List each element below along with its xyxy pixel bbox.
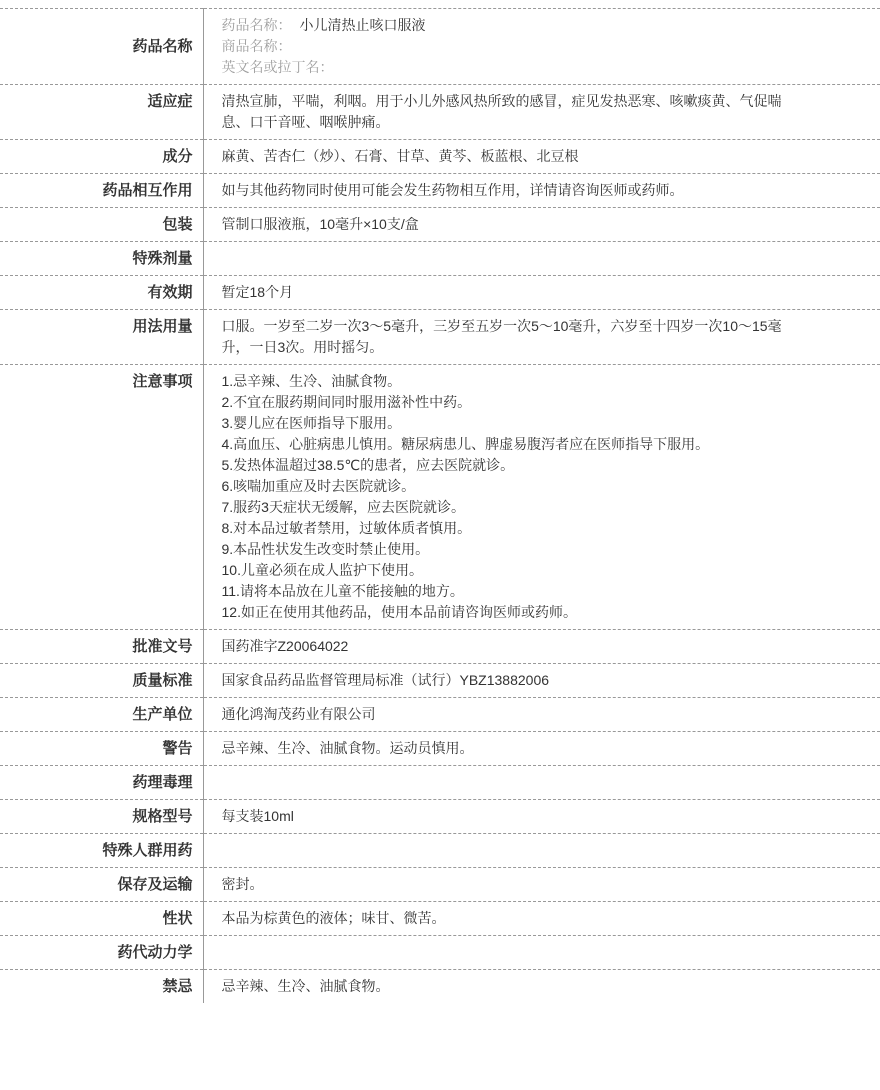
row-value: 国家食品药品监督管理局标准（试行）YBZ13882006: [203, 664, 880, 698]
table-row: 药代动力学: [0, 936, 880, 970]
note-line: 11.请将本品放在儿童不能接触的地方。: [222, 581, 791, 602]
row-value: [203, 242, 880, 276]
drug-name-line: 商品名称：: [222, 36, 791, 57]
row-label: 批准文号: [0, 630, 203, 664]
table-row: 批准文号国药准字Z20064022: [0, 630, 880, 664]
row-value: 通化鸿淘茂药业有限公司: [203, 698, 880, 732]
row-label: 药品名称: [0, 9, 203, 85]
row-label: 有效期: [0, 276, 203, 310]
row-value: 每支装10ml: [203, 800, 880, 834]
row-value: 清热宣肺，平喘，利咽。用于小儿外感风热所致的感冒，症见发热恶寒、咳嗽痰黄、气促喘…: [203, 85, 880, 140]
field-value: 小儿清热止咳口服液: [300, 17, 426, 33]
table-row: 生产单位通化鸿淘茂药业有限公司: [0, 698, 880, 732]
row-label: 适应症: [0, 85, 203, 140]
row-label: 特殊剂量: [0, 242, 203, 276]
note-line: 5.发热体温超过38.5℃的患者，应去医院就诊。: [222, 455, 791, 476]
row-value: [203, 834, 880, 868]
row-label: 药品相互作用: [0, 174, 203, 208]
field-key: 英文名或拉丁名：: [222, 59, 334, 75]
row-label: 药代动力学: [0, 936, 203, 970]
row-value: 管制口服液瓶，10毫升×10支/盒: [203, 208, 880, 242]
drug-name-line: 药品名称：小儿清热止咳口服液: [222, 15, 791, 36]
field-key: 商品名称：: [222, 38, 292, 54]
row-label: 特殊人群用药: [0, 834, 203, 868]
field-key: 药品名称：: [222, 17, 292, 33]
row-label: 禁忌: [0, 970, 203, 1004]
row-value: [203, 766, 880, 800]
table-row: 成分麻黄、苦杏仁（炒）、石膏、甘草、黄芩、板蓝根、北豆根: [0, 140, 880, 174]
row-value: 暂定18个月: [203, 276, 880, 310]
row-label: 注意事项: [0, 365, 203, 630]
note-line: 8.对本品过敏者禁用，过敏体质者慎用。: [222, 518, 791, 539]
row-value: 麻黄、苦杏仁（炒）、石膏、甘草、黄芩、板蓝根、北豆根: [203, 140, 880, 174]
note-line: 12.如正在使用其他药品，使用本品前请咨询医师或药师。: [222, 602, 791, 623]
table-row: 特殊剂量: [0, 242, 880, 276]
row-value: 忌辛辣、生冷、油腻食物。运动员慎用。: [203, 732, 880, 766]
row-value: 密封。: [203, 868, 880, 902]
row-label: 规格型号: [0, 800, 203, 834]
table-row: 性状本品为棕黄色的液体；味甘、微苦。: [0, 902, 880, 936]
row-value: 1.忌辛辣、生冷、油腻食物。2.不宜在服药期间同时服用滋补性中药。3.婴儿应在医…: [203, 365, 880, 630]
row-label: 性状: [0, 902, 203, 936]
row-label: 药理毒理: [0, 766, 203, 800]
table-row: 药理毒理: [0, 766, 880, 800]
row-value: [203, 936, 880, 970]
note-line: 10.儿童必须在成人监护下使用。: [222, 560, 791, 581]
row-label: 包装: [0, 208, 203, 242]
table-row: 规格型号每支装10ml: [0, 800, 880, 834]
table-row: 保存及运输密封。: [0, 868, 880, 902]
table-row: 包装管制口服液瓶，10毫升×10支/盒: [0, 208, 880, 242]
row-label: 用法用量: [0, 310, 203, 365]
table-row: 禁忌忌辛辣、生冷、油腻食物。: [0, 970, 880, 1004]
table-row: 有效期暂定18个月: [0, 276, 880, 310]
row-label: 质量标准: [0, 664, 203, 698]
row-label: 生产单位: [0, 698, 203, 732]
table-row: 用法用量口服。一岁至二岁一次3～5毫升，三岁至五岁一次5～10毫升，六岁至十四岁…: [0, 310, 880, 365]
table-row: 警告忌辛辣、生冷、油腻食物。运动员慎用。: [0, 732, 880, 766]
note-line: 6.咳喘加重应及时去医院就诊。: [222, 476, 791, 497]
note-line: 7.服药3天症状无缓解，应去医院就诊。: [222, 497, 791, 518]
drug-info-table: 药品名称药品名称：小儿清热止咳口服液商品名称：英文名或拉丁名：适应症清热宣肺，平…: [0, 8, 880, 1003]
table-row: 适应症清热宣肺，平喘，利咽。用于小儿外感风热所致的感冒，症见发热恶寒、咳嗽痰黄、…: [0, 85, 880, 140]
note-line: 4.高血压、心脏病患儿慎用。糖尿病患儿、脾虚易腹泻者应在医师指导下服用。: [222, 434, 791, 455]
note-line: 1.忌辛辣、生冷、油腻食物。: [222, 371, 791, 392]
table-row: 药品相互作用如与其他药物同时使用可能会发生药物相互作用，详情请咨询医师或药师。: [0, 174, 880, 208]
row-value: 药品名称：小儿清热止咳口服液商品名称：英文名或拉丁名：: [203, 9, 880, 85]
table-row: 药品名称药品名称：小儿清热止咳口服液商品名称：英文名或拉丁名：: [0, 9, 880, 85]
row-label: 保存及运输: [0, 868, 203, 902]
row-value: 本品为棕黄色的液体；味甘、微苦。: [203, 902, 880, 936]
note-line: 3.婴儿应在医师指导下服用。: [222, 413, 791, 434]
row-value: 国药准字Z20064022: [203, 630, 880, 664]
note-line: 9.本品性状发生改变时禁止使用。: [222, 539, 791, 560]
row-value: 忌辛辣、生冷、油腻食物。: [203, 970, 880, 1004]
row-label: 警告: [0, 732, 203, 766]
drug-info-page: 药品名称药品名称：小儿清热止咳口服液商品名称：英文名或拉丁名：适应症清热宣肺，平…: [0, 8, 880, 1090]
note-line: 2.不宜在服药期间同时服用滋补性中药。: [222, 392, 791, 413]
row-label: 成分: [0, 140, 203, 174]
drug-info-rows: 药品名称药品名称：小儿清热止咳口服液商品名称：英文名或拉丁名：适应症清热宣肺，平…: [0, 9, 880, 1004]
row-value: 口服。一岁至二岁一次3～5毫升，三岁至五岁一次5～10毫升，六岁至十四岁一次10…: [203, 310, 880, 365]
drug-name-line: 英文名或拉丁名：: [222, 57, 791, 78]
row-value: 如与其他药物同时使用可能会发生药物相互作用，详情请咨询医师或药师。: [203, 174, 880, 208]
table-row: 特殊人群用药: [0, 834, 880, 868]
table-row: 注意事项1.忌辛辣、生冷、油腻食物。2.不宜在服药期间同时服用滋补性中药。3.婴…: [0, 365, 880, 630]
table-row: 质量标准国家食品药品监督管理局标准（试行）YBZ13882006: [0, 664, 880, 698]
